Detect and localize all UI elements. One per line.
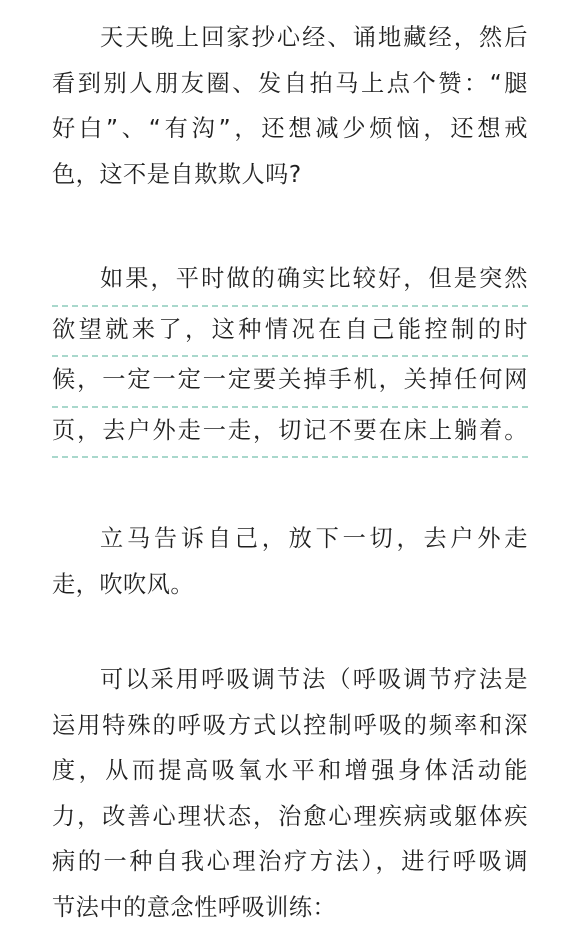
- paragraph-3: 立马告诉自己，放下一切，去户外走 走，吹吹风。: [52, 516, 528, 607]
- paragraph-line: 天天晚上回家抄心经、诵地藏经，然后: [52, 15, 528, 61]
- paragraph-2-highlighted: 如果，平时做的确实比较好，但是突然 欲望就来了，这种情况在自己能控制的时 候，一…: [52, 256, 528, 458]
- paragraph-line: 运用特殊的呼吸方式以控制呼吸的频率和深: [52, 703, 528, 749]
- paragraph-line: 立马告诉自己，放下一切，去户外走: [52, 516, 528, 562]
- paragraph-line: 节法中的意念性呼吸训练：: [52, 885, 528, 931]
- paragraph-line: 好白”、“有沟”，还想减少烦恼，还想戒: [52, 106, 528, 152]
- paragraph-line: 度，从而提高吸氧水平和增强身体活动能: [52, 748, 528, 794]
- paragraph-line: 看到别人朋友圈、发自拍马上点个赞：“腿: [52, 61, 528, 107]
- underlined-line: 候，一定一定一定要关掉手机，关掉任何网: [52, 357, 528, 408]
- paragraph-line: 病的一种自我心理治疗方法），进行呼吸调: [52, 839, 528, 885]
- paragraph-1: 天天晚上回家抄心经、诵地藏经，然后 看到别人朋友圈、发自拍马上点个赞：“腿 好白…: [52, 15, 528, 197]
- article-body: 天天晚上回家抄心经、诵地藏经，然后 看到别人朋友圈、发自拍马上点个赞：“腿 好白…: [52, 15, 528, 930]
- paragraph-line: 走，吹吹风。: [52, 562, 528, 608]
- underlined-line: 如果，平时做的确实比较好，但是突然: [52, 256, 528, 307]
- paragraph-line: 色，这不是自欺欺人吗?: [52, 152, 528, 198]
- paragraph-line: 力，改善心理状态，治愈心理疾病或躯体疾: [52, 794, 528, 840]
- paragraph-4: 可以采用呼吸调节法（呼吸调节疗法是 运用特殊的呼吸方式以控制呼吸的频率和深 度，…: [52, 657, 528, 930]
- underlined-line: 欲望就来了，这种情况在自己能控制的时: [52, 307, 528, 358]
- paragraph-line: 可以采用呼吸调节法（呼吸调节疗法是: [52, 657, 528, 703]
- underlined-line: 页，去户外走一走，切记不要在床上躺着。: [52, 408, 528, 459]
